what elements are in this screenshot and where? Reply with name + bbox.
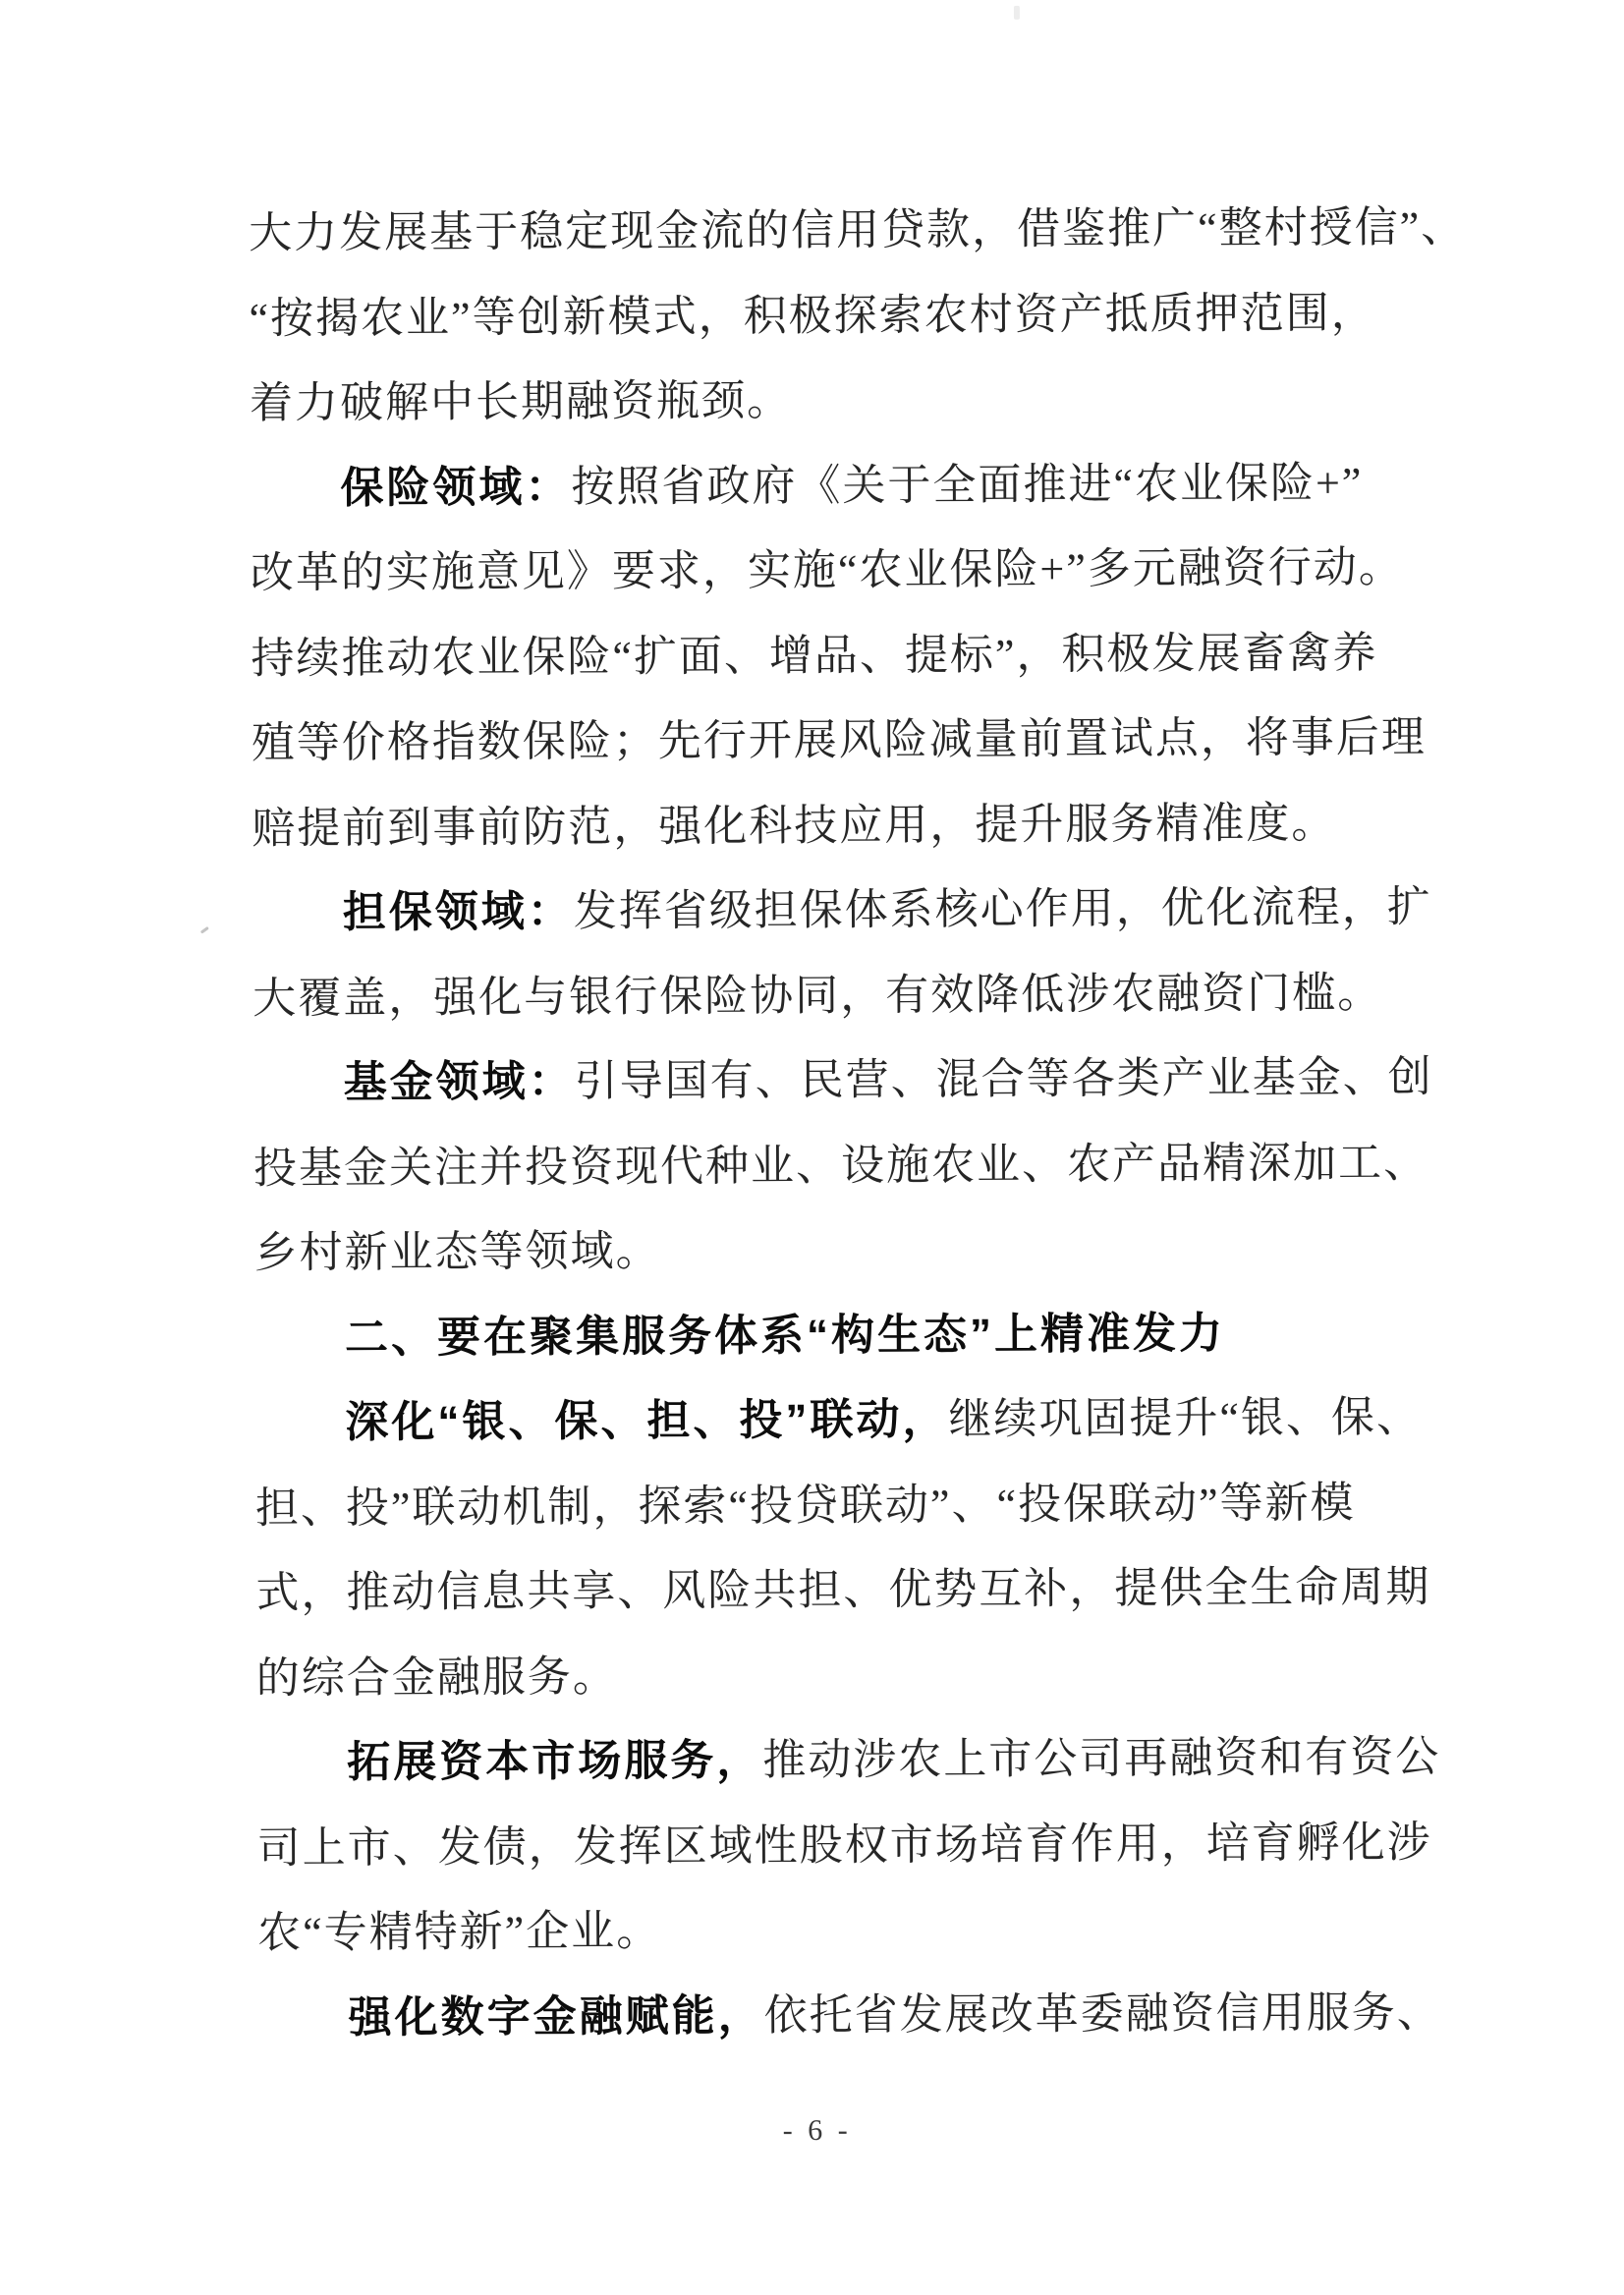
text-line-regular-segment: 发挥省级担保体系核心作用，优化流程，扩 <box>574 883 1432 936</box>
text-line: 持续推动农业保险“扩面、增品、提标”，积极发展畜禽养 <box>251 631 1377 680</box>
text-line: 拓展资本市场服务，推动涉农上市公司再融资和有资公 <box>347 1736 1440 1785</box>
text-line-regular-segment: 改革的实施意见》要求，实施“农业保险+”多元融资行动。 <box>251 543 1404 597</box>
text-line-regular-segment: 投基金关注并投资现代种业、设施农业、农产品精深加工、 <box>253 1138 1428 1192</box>
text-line: 二、要在聚集服务体系“构生态”上精准发力 <box>345 1312 1225 1360</box>
text-line: 乡村新业态等领域。 <box>253 1230 660 1275</box>
text-line: 基金领域：引导国有、民营、混合等各类产业基金、创 <box>344 1056 1433 1105</box>
scan-artifact <box>200 926 209 934</box>
text-line: 着力破解中长期融资瓶颈。 <box>250 379 792 425</box>
text-line: 赔提前到事前防范，强化科技应用，提升服务精准度。 <box>252 802 1336 851</box>
text-line-regular-segment: 赔提前到事前防范，强化科技应用，提升服务精准度。 <box>252 799 1336 853</box>
text-line: 强化数字金融赋能，依托省发展改革委融资信用服务、 <box>349 1990 1442 2040</box>
text-line-regular-segment: 着力破解中长期融资瓶颈。 <box>250 376 792 427</box>
text-line-regular-segment: 担、投”联动机制，探索“投贷联动”、“投保联动”等新模 <box>255 1479 1356 1533</box>
text-line-bold-segment: 强化数字金融赋能， <box>349 1991 764 2042</box>
text-line-bold-segment: 基金领域： <box>344 1057 575 1106</box>
scan-artifact <box>1014 6 1020 20</box>
text-line: 大覆盖，强化与银行保险协同，有效降低涉农融资门槛。 <box>252 971 1382 1020</box>
text-line-regular-segment: 按照省政府《关于全面推进“农业保险+” <box>571 459 1363 511</box>
text-line-regular-segment: 式，推动信息共享、风险共担、优势互补，提供全生命周期 <box>255 1563 1430 1617</box>
text-line-regular-segment: 推动涉农上市公司再融资和有资公 <box>762 1733 1440 1785</box>
page-number: - 6 - <box>5 2110 1624 2153</box>
text-line-regular-segment: 大覆盖，强化与银行保险协同，有效降低涉农融资门槛。 <box>252 968 1382 1022</box>
text-line: 司上市、发债，发挥区域性股权市场培育作用，培育孵化涉 <box>257 1820 1432 1870</box>
text-line: 的综合金融服务。 <box>256 1655 618 1701</box>
text-line-regular-segment: 殖等价格指数保险；先行开展风险减量前置试点，将事后理 <box>252 713 1427 767</box>
text-line-regular-segment: 持续推动农业保险“扩面、增品、提标”，积极发展畜禽养 <box>251 628 1377 682</box>
text-line-regular-segment: “按揭农业”等创新模式，积极探索农村资产抵质押范围， <box>249 288 1375 342</box>
text-line: 大力发展基于稳定现金流的信用贷款，借鉴推广“整村授信”、 <box>249 206 1466 255</box>
text-line-regular-segment: 司上市、发债，发挥区域性股权市场培育作用，培育孵化涉 <box>257 1818 1432 1872</box>
text-line: 改革的实施意见》要求，实施“农业保险+”多元融资行动。 <box>251 546 1404 595</box>
text-line: “按揭农业”等创新模式，积极探索农村资产抵质押范围， <box>249 291 1375 340</box>
text-line-regular-segment: 依托省发展改革委融资信用服务、 <box>763 1987 1441 2040</box>
text-content: 大力发展基于稳定现金流的信用贷款，借鉴推广“整村授信”、“按揭农业”等创新模式，… <box>0 0 1624 2295</box>
text-line: 式，推动信息共享、风险共担、优势互补，提供全生命周期 <box>255 1566 1430 1615</box>
text-line-regular-segment: 的综合金融服务。 <box>256 1652 618 1703</box>
text-line-bold-segment: 保险领域： <box>340 463 571 512</box>
text-line-regular-segment: 大力发展基于稳定现金流的信用贷款，借鉴推广“整村授信”、 <box>249 203 1466 257</box>
text-line-regular-segment: 继续巩固提升“银、保、 <box>948 1393 1422 1444</box>
text-line-regular-segment: 引导国有、民营、混合等各类产业基金、创 <box>575 1053 1433 1106</box>
text-line: 农“专精特新”企业。 <box>257 1910 661 1955</box>
text-line: 投基金关注并投资现代种业、设施农业、农产品精深加工、 <box>253 1141 1428 1190</box>
text-line-bold-segment: 深化“银、保、担、投”联动， <box>345 1395 948 1446</box>
text-line-bold-segment: 二、要在聚集服务体系“构生态”上精准发力 <box>345 1309 1225 1362</box>
text-line-regular-segment: 农“专精特新”企业。 <box>257 1907 661 1957</box>
text-line-bold-segment: 拓展资本市场服务， <box>347 1736 762 1786</box>
document-page: 大力发展基于稳定现金流的信用贷款，借鉴推广“整村授信”、“按揭农业”等创新模式，… <box>0 0 1624 2295</box>
text-line: 担、投”联动机制，探索“投贷联动”、“投保联动”等新模 <box>255 1482 1356 1531</box>
text-line: 深化“银、保、担、投”联动，继续巩固提升“银、保、 <box>345 1396 1422 1445</box>
text-line: 保险领域：按照省政府《关于全面推进“农业保险+” <box>340 462 1363 510</box>
text-line-regular-segment: 乡村新业态等领域。 <box>253 1227 660 1277</box>
text-line-bold-segment: 担保领域： <box>343 887 574 936</box>
text-line: 殖等价格指数保险；先行开展风险减量前置试点，将事后理 <box>252 716 1427 765</box>
text-line: 担保领域：发挥省级担保体系核心作用，优化流程，扩 <box>343 886 1432 935</box>
